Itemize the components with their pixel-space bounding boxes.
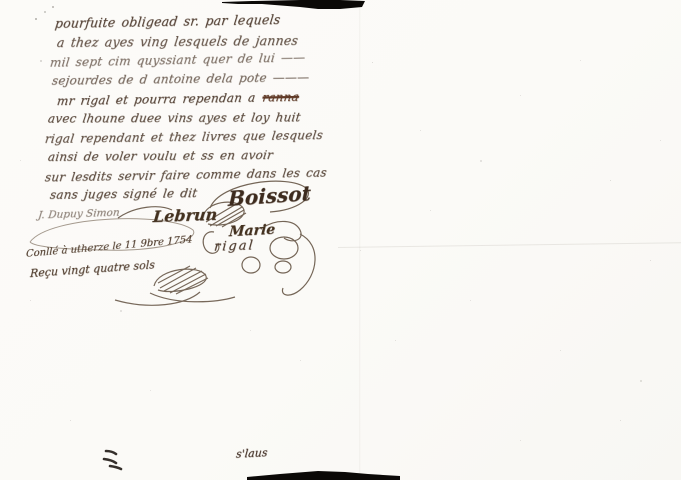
manuscript-line: sur lesdits servir faire comme dans les … [44,166,327,185]
signature-witness-left: J. Dupuy Simon [37,207,120,222]
signature-boissot: Boissot [228,181,312,211]
manuscript-line: mr rigal et pourra rependan a [56,91,256,108]
manuscript-line: a thez ayes ving lesquels de jannes [56,33,299,50]
horizontal-fold-crease [338,242,681,248]
signature-lebrun: Lebrun [152,205,218,226]
struck-word: ranna [262,90,300,105]
manuscript-line: pourfuite obligead sr. par lequels [54,12,281,31]
bottom-edge-scan-artifact [247,471,400,480]
control-note-line1: Conllé à utherze le 11 9bre 1754 [26,234,193,260]
manuscript-line: ainsi de voler voulu et ss en avoir [47,148,274,164]
control-note-line2: Reçu vingt quatre sols [30,258,155,280]
scan-artifacts-and-flourishes [0,0,681,480]
scanned-manuscript-page: pourfuite obligead sr. par lequels a the… [0,0,681,480]
paper-speckles [0,0,2,2]
bottom-margin-note: s'laus [235,446,268,461]
vertical-fold-crease [359,0,361,480]
ink-blot-marks [104,451,121,469]
manuscript-line: sans juges signé le dit [49,186,198,202]
top-edge-scan-artifact [222,0,365,9]
signature-rigal: rigal [213,238,255,254]
manuscript-line: rigal rependant et thez livres que lesqu… [44,128,324,146]
manuscript-line-with-strikethrough: mr rigal et pourra rependan aranna [56,90,300,108]
manuscript-line: avec lhoune duee vins ayes et loy huit [47,110,302,125]
manuscript-line: mil sept cim quyssiant quer de lui —— [49,50,306,69]
manuscript-line: sejourdes de d antoine dela pote ——— [51,70,310,88]
